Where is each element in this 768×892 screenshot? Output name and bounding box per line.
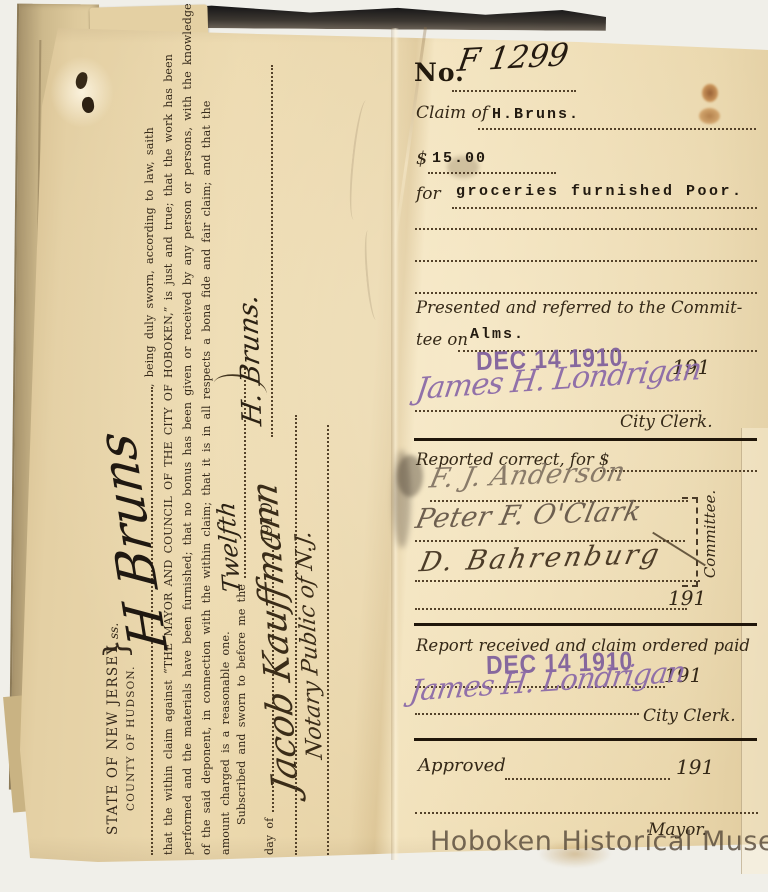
year-printed: 191 — [668, 586, 706, 610]
dotted-line — [415, 608, 687, 610]
approved-label: Approved — [418, 755, 506, 776]
city-clerk-title: City Clerk. — [643, 706, 736, 726]
committee-bracket — [682, 497, 698, 587]
presented-line2: tee on — [416, 330, 468, 349]
dotted-line — [505, 778, 670, 780]
for-label: for — [416, 184, 441, 204]
dotted-line — [415, 580, 700, 582]
blank-dotted-line — [415, 260, 757, 262]
museum-watermark: Hoboken Historical Museum — [430, 826, 768, 857]
section-rule — [414, 438, 757, 441]
dollar-sign-label: $ — [416, 148, 427, 169]
city-clerk-title: City Clerk. — [620, 412, 713, 432]
dotted-line — [452, 207, 757, 209]
claim-number-handwritten: F 1299 — [455, 37, 571, 79]
state-heading: STATE OF NEW JERSEY, — [105, 641, 121, 835]
dotted-line — [428, 172, 556, 174]
dotted-line — [415, 713, 639, 715]
dotted-line — [478, 128, 756, 130]
affidavit-rotated-page: STATE OF NEW JERSEY, COUNTY OF HUDSON. }… — [95, 43, 395, 855]
blank-dotted-line — [415, 292, 757, 294]
document-scan: No. F 1299 Claim of H.Bruns. $ 15.00 for… — [0, 0, 768, 892]
dotted-line — [271, 65, 273, 437]
claimant-name-typed: H.Bruns. — [492, 106, 580, 123]
committee-assigned-typed: Alms. — [470, 326, 525, 343]
stain — [702, 84, 718, 102]
stain — [699, 108, 720, 124]
affidavit-line: performed and the materials have been fu… — [181, 43, 194, 855]
subscribed-label: Subscribed and sworn to before me the — [235, 584, 248, 825]
section-rule — [414, 738, 757, 741]
committee-label: Committee. — [701, 474, 719, 594]
for-value-typed: groceries furnished Poor. — [456, 183, 744, 200]
deponent-signature-line: H. Bruns. — [233, 292, 269, 428]
dotted-line — [327, 425, 329, 855]
blank-dotted-line — [415, 228, 757, 230]
day-of-label: day of — [263, 818, 276, 855]
year-printed: 191 — [676, 755, 714, 779]
county-heading: COUNTY OF HUDSON. — [125, 665, 137, 811]
claim-of-label: Claim of — [416, 103, 488, 123]
amount-typed: 15.00 — [432, 150, 487, 167]
section-rule — [414, 623, 757, 626]
affidavit-text: , being duly sworn, according to law, sa… — [143, 127, 156, 387]
subscribed-line: Subscribed and sworn to before me the — [235, 45, 248, 825]
affidavit-line: that the within claim against “THE MAYOR… — [162, 43, 175, 855]
presented-line1: Presented and referred to the Commit- — [416, 298, 742, 317]
affidavit-line: of the said deponent, in connection with… — [200, 43, 213, 855]
dotted-line — [452, 90, 576, 92]
affidavit-line: amount charged is a reasonable one. — [219, 43, 232, 855]
dotted-line — [415, 812, 758, 814]
